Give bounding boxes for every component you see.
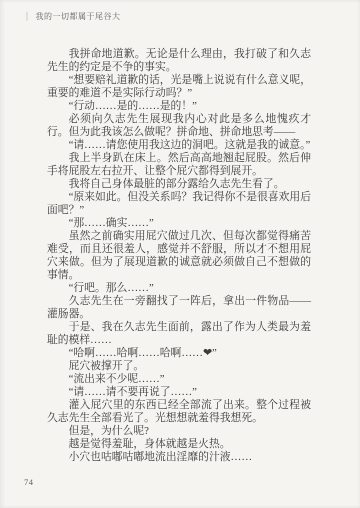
page-number: 74 (24, 477, 34, 487)
paragraph: 小穴也咕嘟咕嘟地流出淫靡的汁液…… (47, 451, 311, 464)
paragraph: “哈啊……哈啊……哈啊……❤” (47, 347, 311, 360)
paragraph: “原来如此。但没关系吗？我记得你不是很喜欢用后面吧？” (47, 191, 311, 217)
paragraph: “请……请您使用我这边的洞吧。这就是我的诚意。” (47, 139, 311, 152)
paragraph: “行动……是的……是的！” (47, 100, 311, 113)
paragraph: 我将自己身体最脏的部分露给久志先生看了。 (47, 178, 311, 191)
paragraph: 我上半身趴在床上。然后高高地翘起屁股。然后伸手将屁股左右拉开、让整个屁穴都得到展… (47, 152, 311, 178)
paragraph: 虽然之前确实用屁穴做过几次、但每次都觉得痛苦难受，而且还很羞人，感觉并不舒服，所… (47, 230, 311, 282)
paragraph: 屁穴被撑开了。 (47, 360, 311, 373)
page-body: 我拼命地道歉。无论是什么理由，我打破了和久志先生的约定是不争的事实。“想要赔礼道… (47, 48, 311, 464)
header-title: 我的一切都属于尾谷大 (36, 12, 121, 21)
paragraph: “那……确实……” (47, 217, 311, 230)
paragraph: 于是、我在久志先生面前，露出了作为人类最为羞耻的模样…… (47, 321, 311, 347)
paragraph: “流出来不少呢……” (47, 373, 311, 386)
paragraph: 必须向久志先生展现我内心对此是多么地愧疚才行。但为此我该怎么做呢？拼命地、拼命地… (47, 113, 311, 139)
paragraph: 但是，为什么呢? (47, 425, 311, 438)
paragraph: 久志先生在一旁翻找了一阵后，拿出一件物品——灌肠器。 (47, 295, 311, 321)
paragraph: “行吧。那么……” (47, 282, 311, 295)
paragraph: 灌入屁穴里的东西已经全部流了出来。整个过程被久志先生全部看光了。光想想就羞得我想… (47, 399, 311, 425)
paragraph: 越是觉得羞耻，身体就越是火热。 (47, 438, 311, 451)
paragraph: “请……请不要再说了……” (47, 386, 311, 399)
running-header: ｜我的一切都属于尾谷大 (23, 11, 121, 22)
paragraph: 我拼命地道歉。无论是什么理由，我打破了和久志先生的约定是不争的事实。 (47, 48, 311, 74)
paragraph: “想要赔礼道歉的话，光是嘴上说说有什么意义呢，重要的难道不是实际行动吗？” (47, 74, 311, 100)
header-divider-bar: ｜ (23, 10, 32, 22)
book-page: ｜我的一切都属于尾谷大 我拼命地道歉。无论是什么理由，我打破了和久志先生的约定是… (0, 0, 360, 508)
